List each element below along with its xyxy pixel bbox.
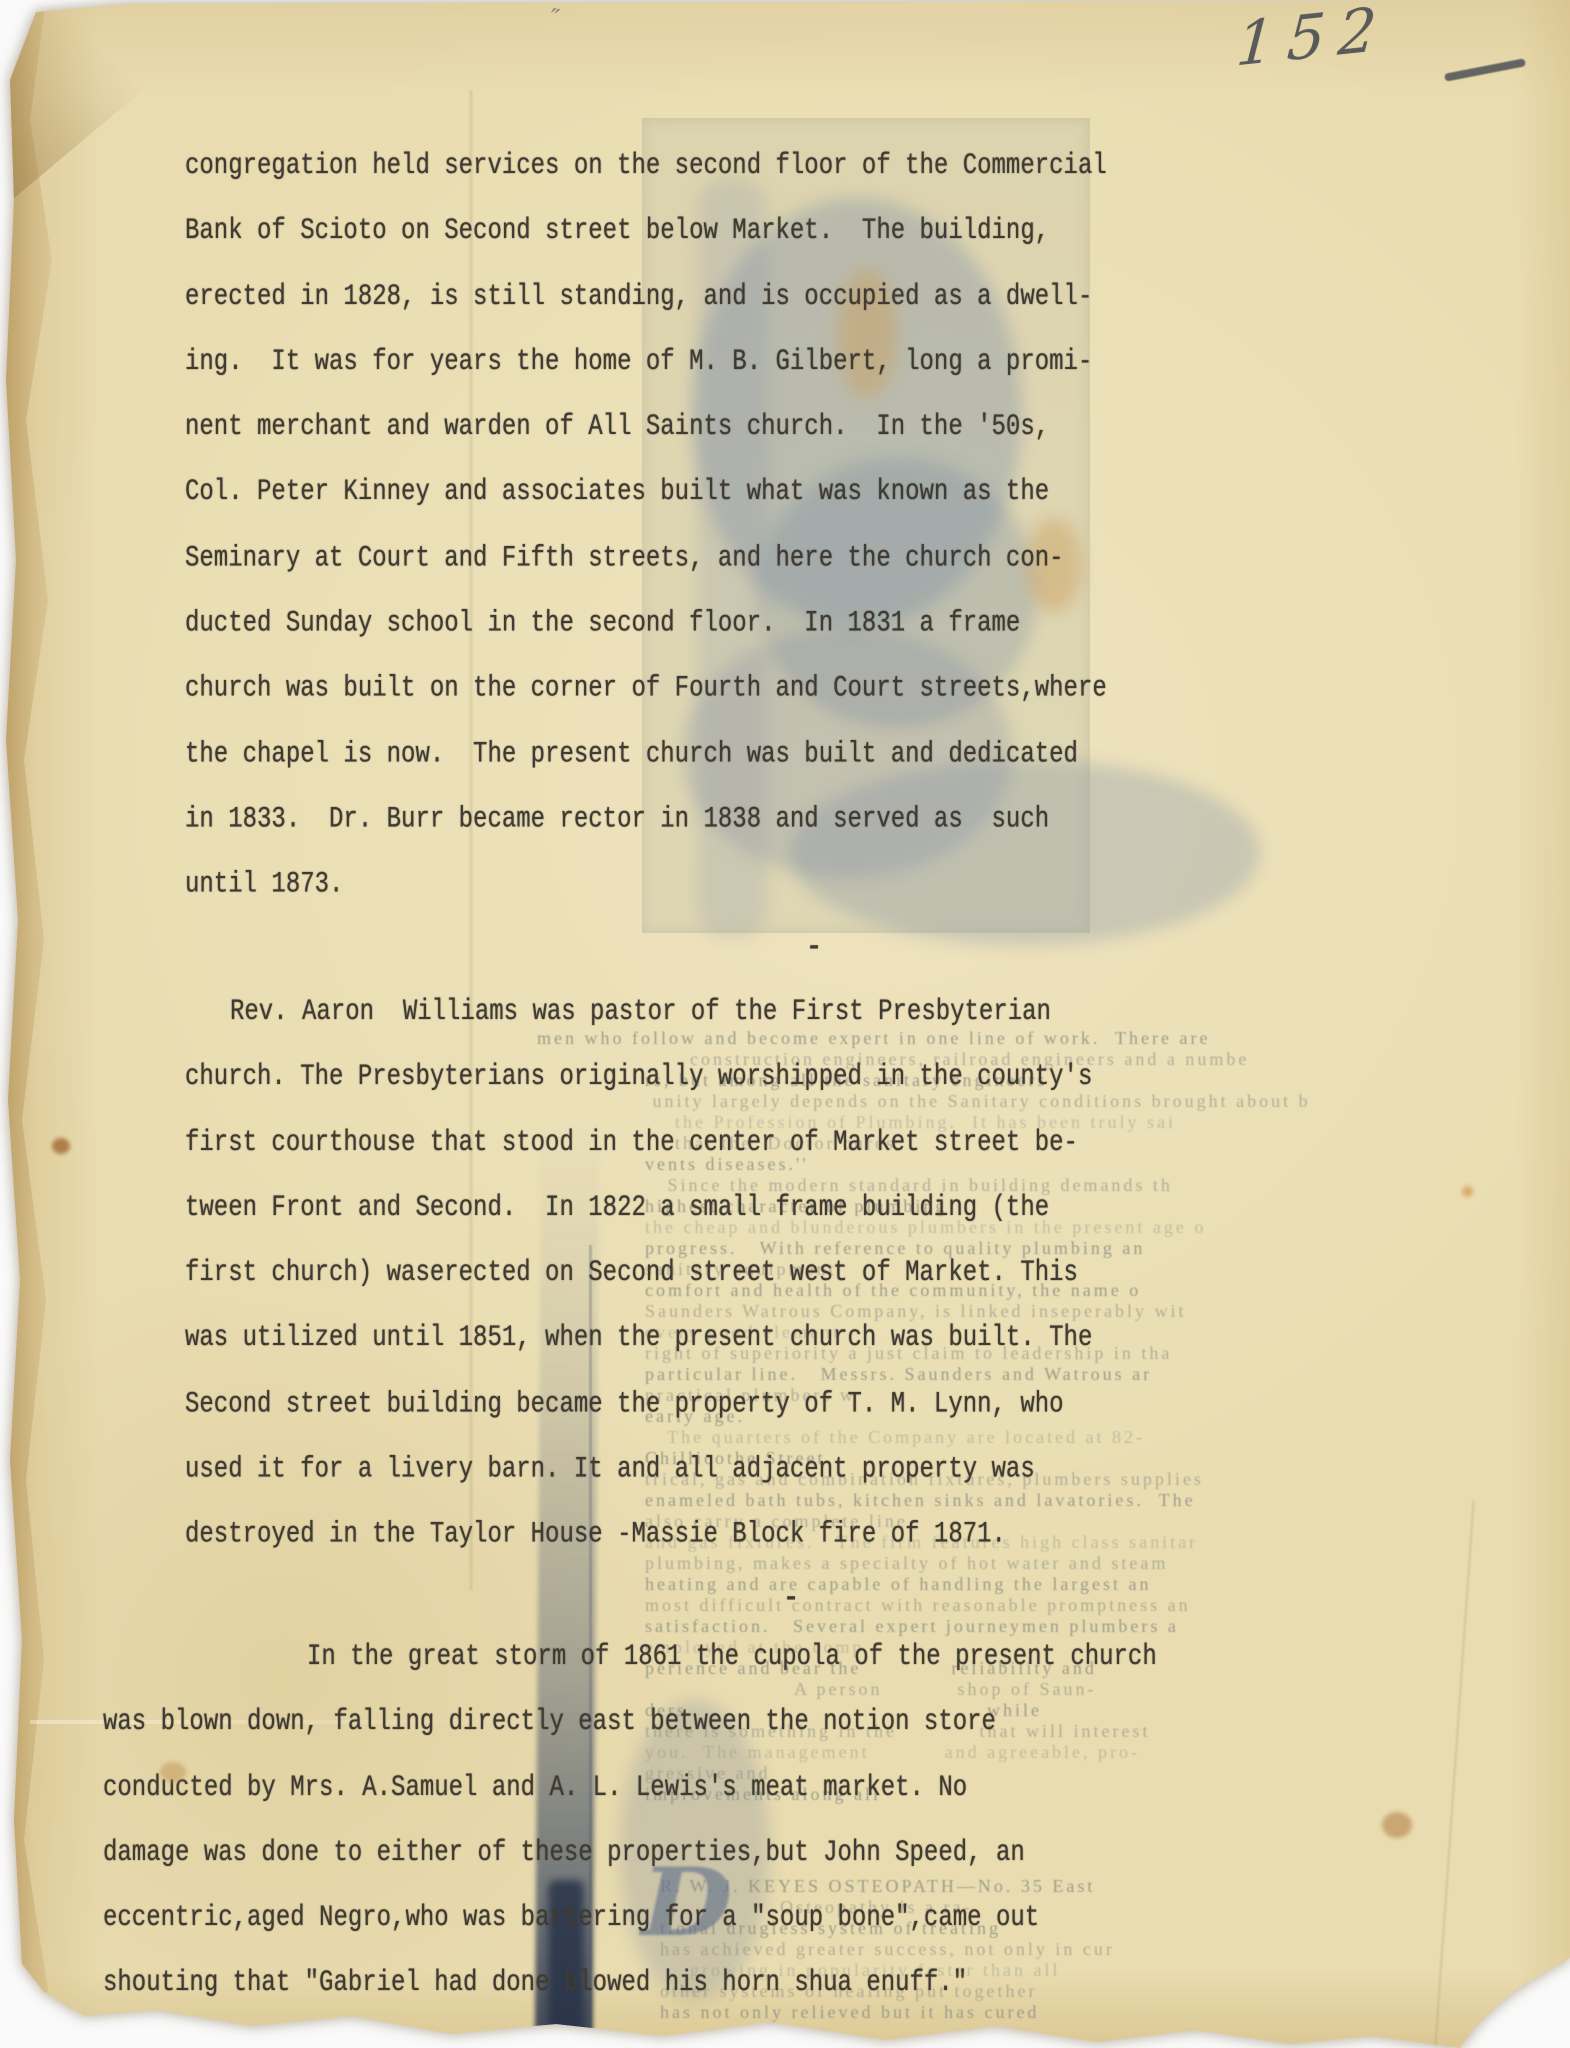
typed-line: tween Front and Second. In 1822 a small …: [185, 1176, 1092, 1241]
typed-line: ing. It was for years the home of M. B. …: [185, 330, 1107, 395]
section-separator-dash: -: [806, 933, 822, 963]
typed-line: was blown down, falling directly east be…: [103, 1690, 1157, 1755]
typed-paragraph-1: congregation held services on the second…: [185, 134, 1107, 918]
typed-line: first church) waserected on Second stree…: [185, 1241, 1092, 1306]
typed-line: shouting that "Gabriel had done blowed h…: [103, 1952, 1157, 2017]
typed-line: until 1873.: [185, 853, 1107, 918]
paper-stain: [1462, 1186, 1473, 1197]
typed-line: damage was done to either of these prope…: [103, 1821, 1157, 1886]
typed-line: was utilized until 1851, when the presen…: [185, 1307, 1092, 1372]
paper-wrapper: men who follow and become expert in one …: [0, 0, 1570, 2048]
typed-paragraph-3: In the great storm of 1861 the cupola of…: [103, 1625, 1157, 2017]
typed-line: eccentric,aged Negro,who was bartering f…: [103, 1886, 1157, 1951]
typed-line: Bank of Scioto on Second street below Ma…: [185, 199, 1107, 264]
typed-line: congregation held services on the second…: [185, 134, 1107, 199]
typed-line: nent merchant and warden of All Saints c…: [185, 395, 1107, 460]
paper-stain: [160, 1762, 186, 1782]
newsprint-line: heating and are capable of handling the …: [645, 1574, 1460, 1595]
typed-line: destroyed in the Taylor House -Massie Bl…: [185, 1503, 1092, 1568]
rust-spot: [52, 1138, 70, 1154]
typed-line: church. The Presbyterians originally wor…: [185, 1045, 1092, 1110]
typed-line: Rev. Aaron Williams was pastor of the Fi…: [230, 980, 1092, 1045]
scanned-document: men who follow and become expert in one …: [0, 0, 1570, 2048]
section-separator-dash: -: [783, 1584, 799, 1614]
pencil-tick-mark: ″: [546, 3, 562, 34]
typed-line: erected in 1828, is still standing, and …: [185, 265, 1107, 330]
handwritten-flourish: [1444, 58, 1526, 81]
newsprint-line: most difficult contract with reasonable …: [645, 1595, 1460, 1616]
typed-line: ducted Sunday school in the second floor…: [185, 592, 1107, 657]
aged-paper-sheet: men who follow and become expert in one …: [0, 0, 1570, 2048]
typed-line: conducted by Mrs. A.Samuel and A. L. Lew…: [103, 1756, 1157, 1821]
typed-line: In the great storm of 1861 the cupola of…: [307, 1625, 1157, 1690]
typed-line: Second street building became the proper…: [185, 1372, 1092, 1437]
typed-paragraph-2: Rev. Aaron Williams was pastor of the Fi…: [185, 980, 1092, 1568]
typed-line: church was built on the corner of Fourth…: [185, 657, 1107, 722]
typed-line: the chapel is now. The present church wa…: [185, 722, 1107, 787]
torn-left-edge: [0, 0, 72, 2048]
handwritten-page-number: 152: [1234, 0, 1392, 80]
typed-line: Seminary at Court and Fifth streets, and…: [185, 526, 1107, 591]
typed-line: first courthouse that stood in the cente…: [185, 1111, 1092, 1176]
typed-line: used it for a livery barn. It and all ad…: [185, 1438, 1092, 1503]
typed-line: in 1833. Dr. Burr became rector in 1838 …: [185, 788, 1107, 853]
paper-stain: [1382, 1812, 1412, 1838]
typed-line: Col. Peter Kinney and associates built w…: [185, 461, 1107, 526]
